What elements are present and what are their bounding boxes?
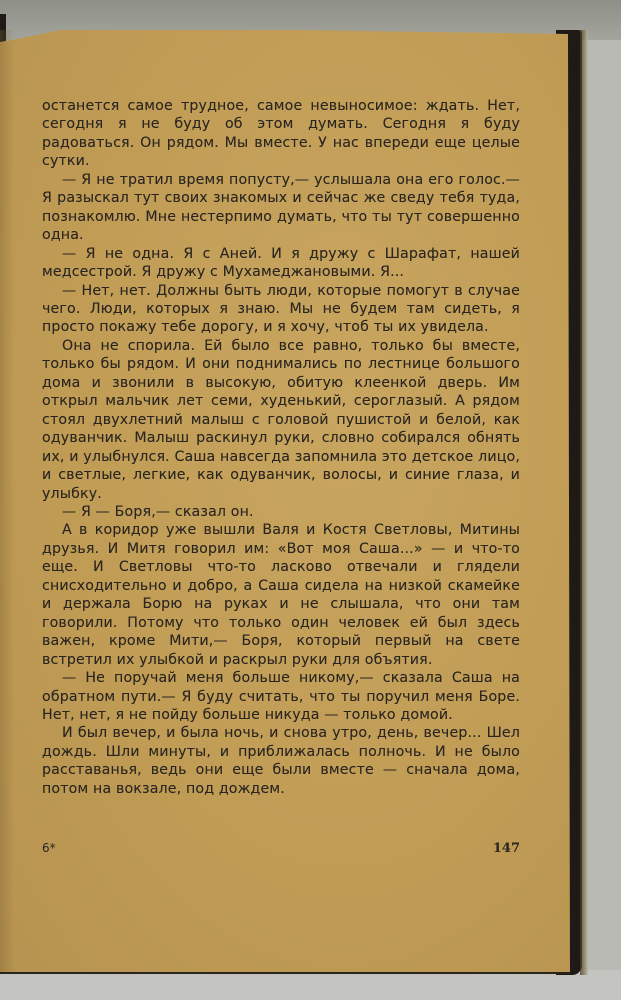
paragraph: — Я не одна. Я с Аней. И я дружу с Шараф…	[42, 245, 520, 282]
page-body-text: останется самое трудное, самое невыносим…	[42, 97, 520, 798]
page-footer: 6* 147	[42, 841, 520, 856]
paragraph: И был вечер, и была ночь, и снова утро, …	[42, 724, 520, 798]
page-gutter-shade	[0, 30, 14, 973]
background-table	[0, 970, 621, 1000]
paragraph: — Нет, нет. Должны быть люди, которые по…	[42, 282, 520, 337]
paragraph: — Я — Боря,— сказал он.	[42, 503, 520, 521]
page-number: 147	[493, 841, 520, 856]
printer-signature: 6*	[42, 841, 56, 856]
paragraph: — Не поручай меня больше никому,— сказал…	[42, 669, 520, 724]
book-cover-shadow	[580, 30, 588, 975]
page-bottom-edge	[0, 972, 570, 974]
paragraph: — Я не тратил время попусту,— услышала о…	[42, 171, 520, 245]
paragraph: останется самое трудное, самое невыносим…	[42, 97, 520, 171]
paragraph: Она не спорила. Ей было все равно, тольк…	[42, 337, 520, 503]
paragraph: А в коридор уже вышли Валя и Костя Светл…	[42, 521, 520, 669]
